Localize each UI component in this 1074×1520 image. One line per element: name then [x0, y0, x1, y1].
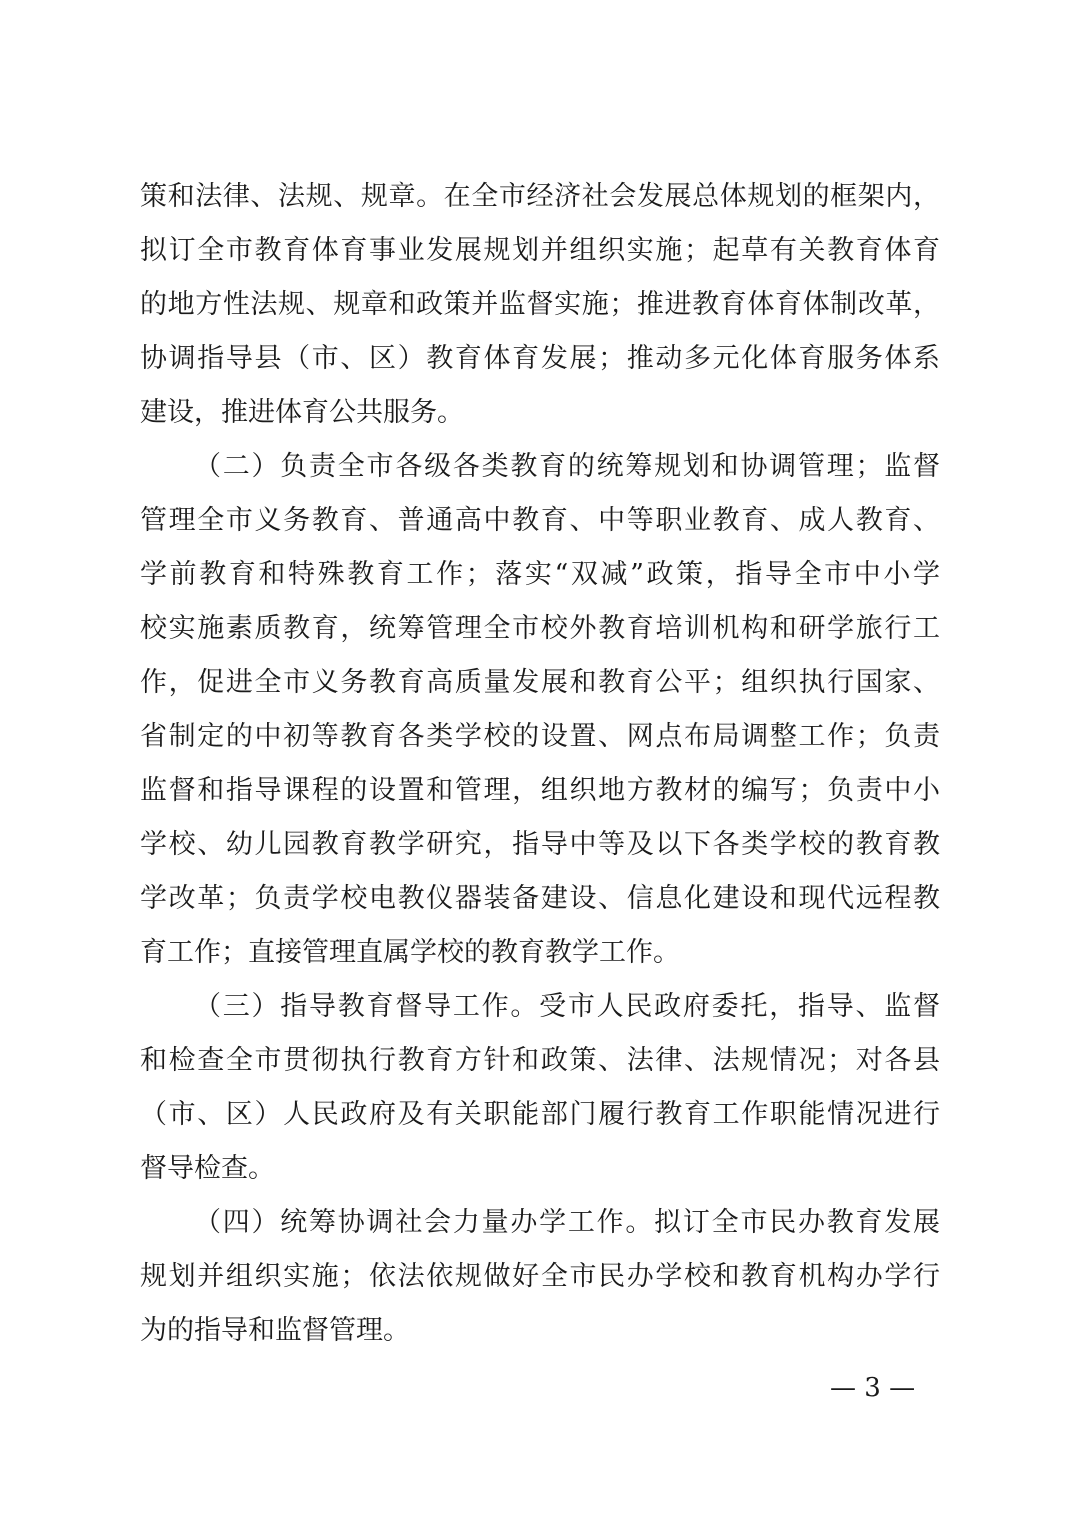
text-line: 规划并组织实施；依法依规做好全市民办学校和教育机构办学行	[140, 1250, 940, 1304]
page-number: — 3 —	[830, 1368, 915, 1408]
text-line: 协调指导县（市、区）教育体育发展；推动多元化体育服务体系	[140, 332, 940, 386]
text-line: 和检查全市贯彻执行教育方针和政策、法律、法规情况；对各县	[140, 1034, 940, 1088]
text-line: 策和法律、法规、规章。在全市经济社会发展总体规划的框架内，	[140, 170, 940, 224]
text-line: 拟订全市教育体育事业发展规划并组织实施；起草有关教育体育	[140, 224, 940, 278]
text-line: 校实施素质教育，统筹管理全市校外教育培训机构和研学旅行工	[140, 602, 940, 656]
document-body: 策和法律、法规、规章。在全市经济社会发展总体规划的框架内， 拟订全市教育体育事业…	[140, 170, 940, 1358]
text-line: （四）统筹协调社会力量办学工作。拟订全市民办教育发展	[140, 1196, 940, 1250]
text-line: （二）负责全市各级各类教育的统筹规划和协调管理；监督	[140, 440, 940, 494]
text-line: 的地方性法规、规章和政策并监督实施；推进教育体育体制改革，	[140, 278, 940, 332]
text-line: 学前教育和特殊教育工作；落实“双减”政策，指导全市中小学	[140, 548, 940, 602]
text-line: （市、区）人民政府及有关职能部门履行教育工作职能情况进行	[140, 1088, 940, 1142]
paragraph-continuation: 策和法律、法规、规章。在全市经济社会发展总体规划的框架内， 拟订全市教育体育事业…	[140, 170, 940, 440]
text-line: （三）指导教育督导工作。受市人民政府委托，指导、监督	[140, 980, 940, 1034]
text-line: 育工作；直接管理直属学校的教育教学工作。	[140, 926, 940, 980]
text-line: 监督和指导课程的设置和管理，组织地方教材的编写；负责中小	[140, 764, 940, 818]
text-line: 督导检查。	[140, 1142, 940, 1196]
text-line: 省制定的中初等教育各类学校的设置、网点布局调整工作；负责	[140, 710, 940, 764]
paragraph-section-4: （四）统筹协调社会力量办学工作。拟订全市民办教育发展 规划并组织实施；依法依规做…	[140, 1196, 940, 1358]
document-page: 策和法律、法规、规章。在全市经济社会发展总体规划的框架内， 拟订全市教育体育事业…	[0, 0, 1074, 1520]
text-line: 学校、幼儿园教育教学研究，指导中等及以下各类学校的教育教	[140, 818, 940, 872]
paragraph-section-3: （三）指导教育督导工作。受市人民政府委托，指导、监督 和检查全市贯彻执行教育方针…	[140, 980, 940, 1196]
paragraph-section-2: （二）负责全市各级各类教育的统筹规划和协调管理；监督 管理全市义务教育、普通高中…	[140, 440, 940, 980]
text-line: 为的指导和监督管理。	[140, 1304, 940, 1358]
text-line: 管理全市义务教育、普通高中教育、中等职业教育、成人教育、	[140, 494, 940, 548]
text-line: 作，促进全市义务教育高质量发展和教育公平；组织执行国家、	[140, 656, 940, 710]
text-line: 学改革；负责学校电教仪器装备建设、信息化建设和现代远程教	[140, 872, 940, 926]
text-line: 建设，推进体育公共服务。	[140, 386, 940, 440]
